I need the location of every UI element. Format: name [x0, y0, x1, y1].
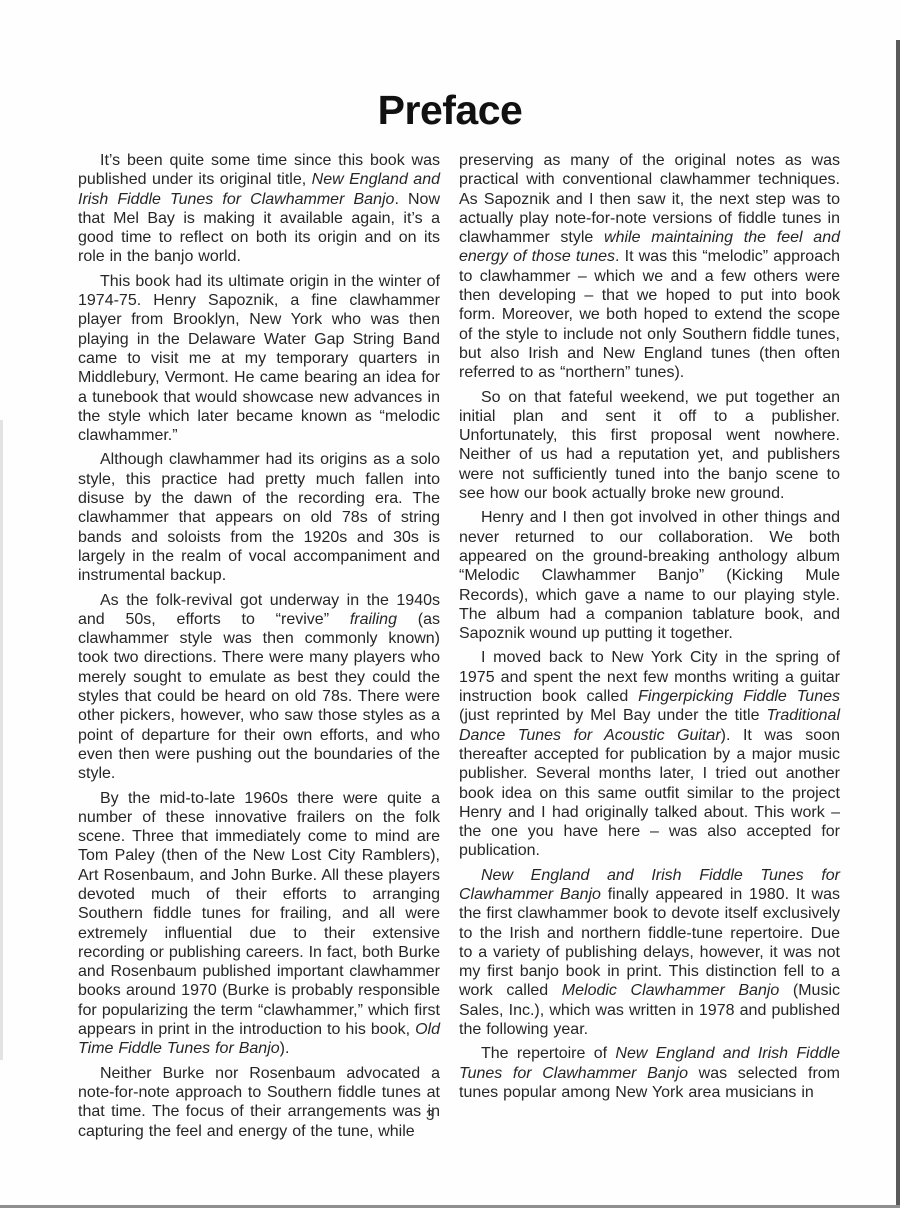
- paragraph: preserving as many of the original notes…: [459, 151, 840, 383]
- paragraph: As the folk-revival got underway in the …: [78, 591, 440, 784]
- right-column: preserving as many of the original notes…: [459, 151, 840, 1146]
- book-page: Preface It’s been quite some time since …: [0, 0, 900, 1208]
- page-number: 3: [0, 1107, 860, 1124]
- paragraph: The repertoire of New England and Irish …: [459, 1044, 840, 1102]
- paragraph: New England and Irish Fiddle Tunes for C…: [459, 866, 840, 1040]
- scan-edge-right: [896, 40, 900, 1208]
- paragraph: It’s been quite some time since this boo…: [78, 151, 440, 267]
- paragraph: By the mid-to-late 1960s there were quit…: [78, 789, 440, 1059]
- paragraph: Henry and I then got involved in other t…: [459, 508, 840, 643]
- paragraph: This book had its ultimate origin in the…: [78, 272, 440, 446]
- paragraph: Although clawhammer had its origins as a…: [78, 450, 440, 585]
- page-title: Preface: [0, 0, 900, 131]
- paragraph: I moved back to New York City in the spr…: [459, 648, 840, 860]
- paragraph: Neither Burke nor Rosenbaum advocated a …: [78, 1064, 440, 1141]
- paragraph: So on that fateful weekend, we put toget…: [459, 388, 840, 504]
- scan-edge-left: [0, 420, 3, 1060]
- text-columns: It’s been quite some time since this boo…: [78, 151, 838, 1146]
- left-column: It’s been quite some time since this boo…: [78, 151, 440, 1146]
